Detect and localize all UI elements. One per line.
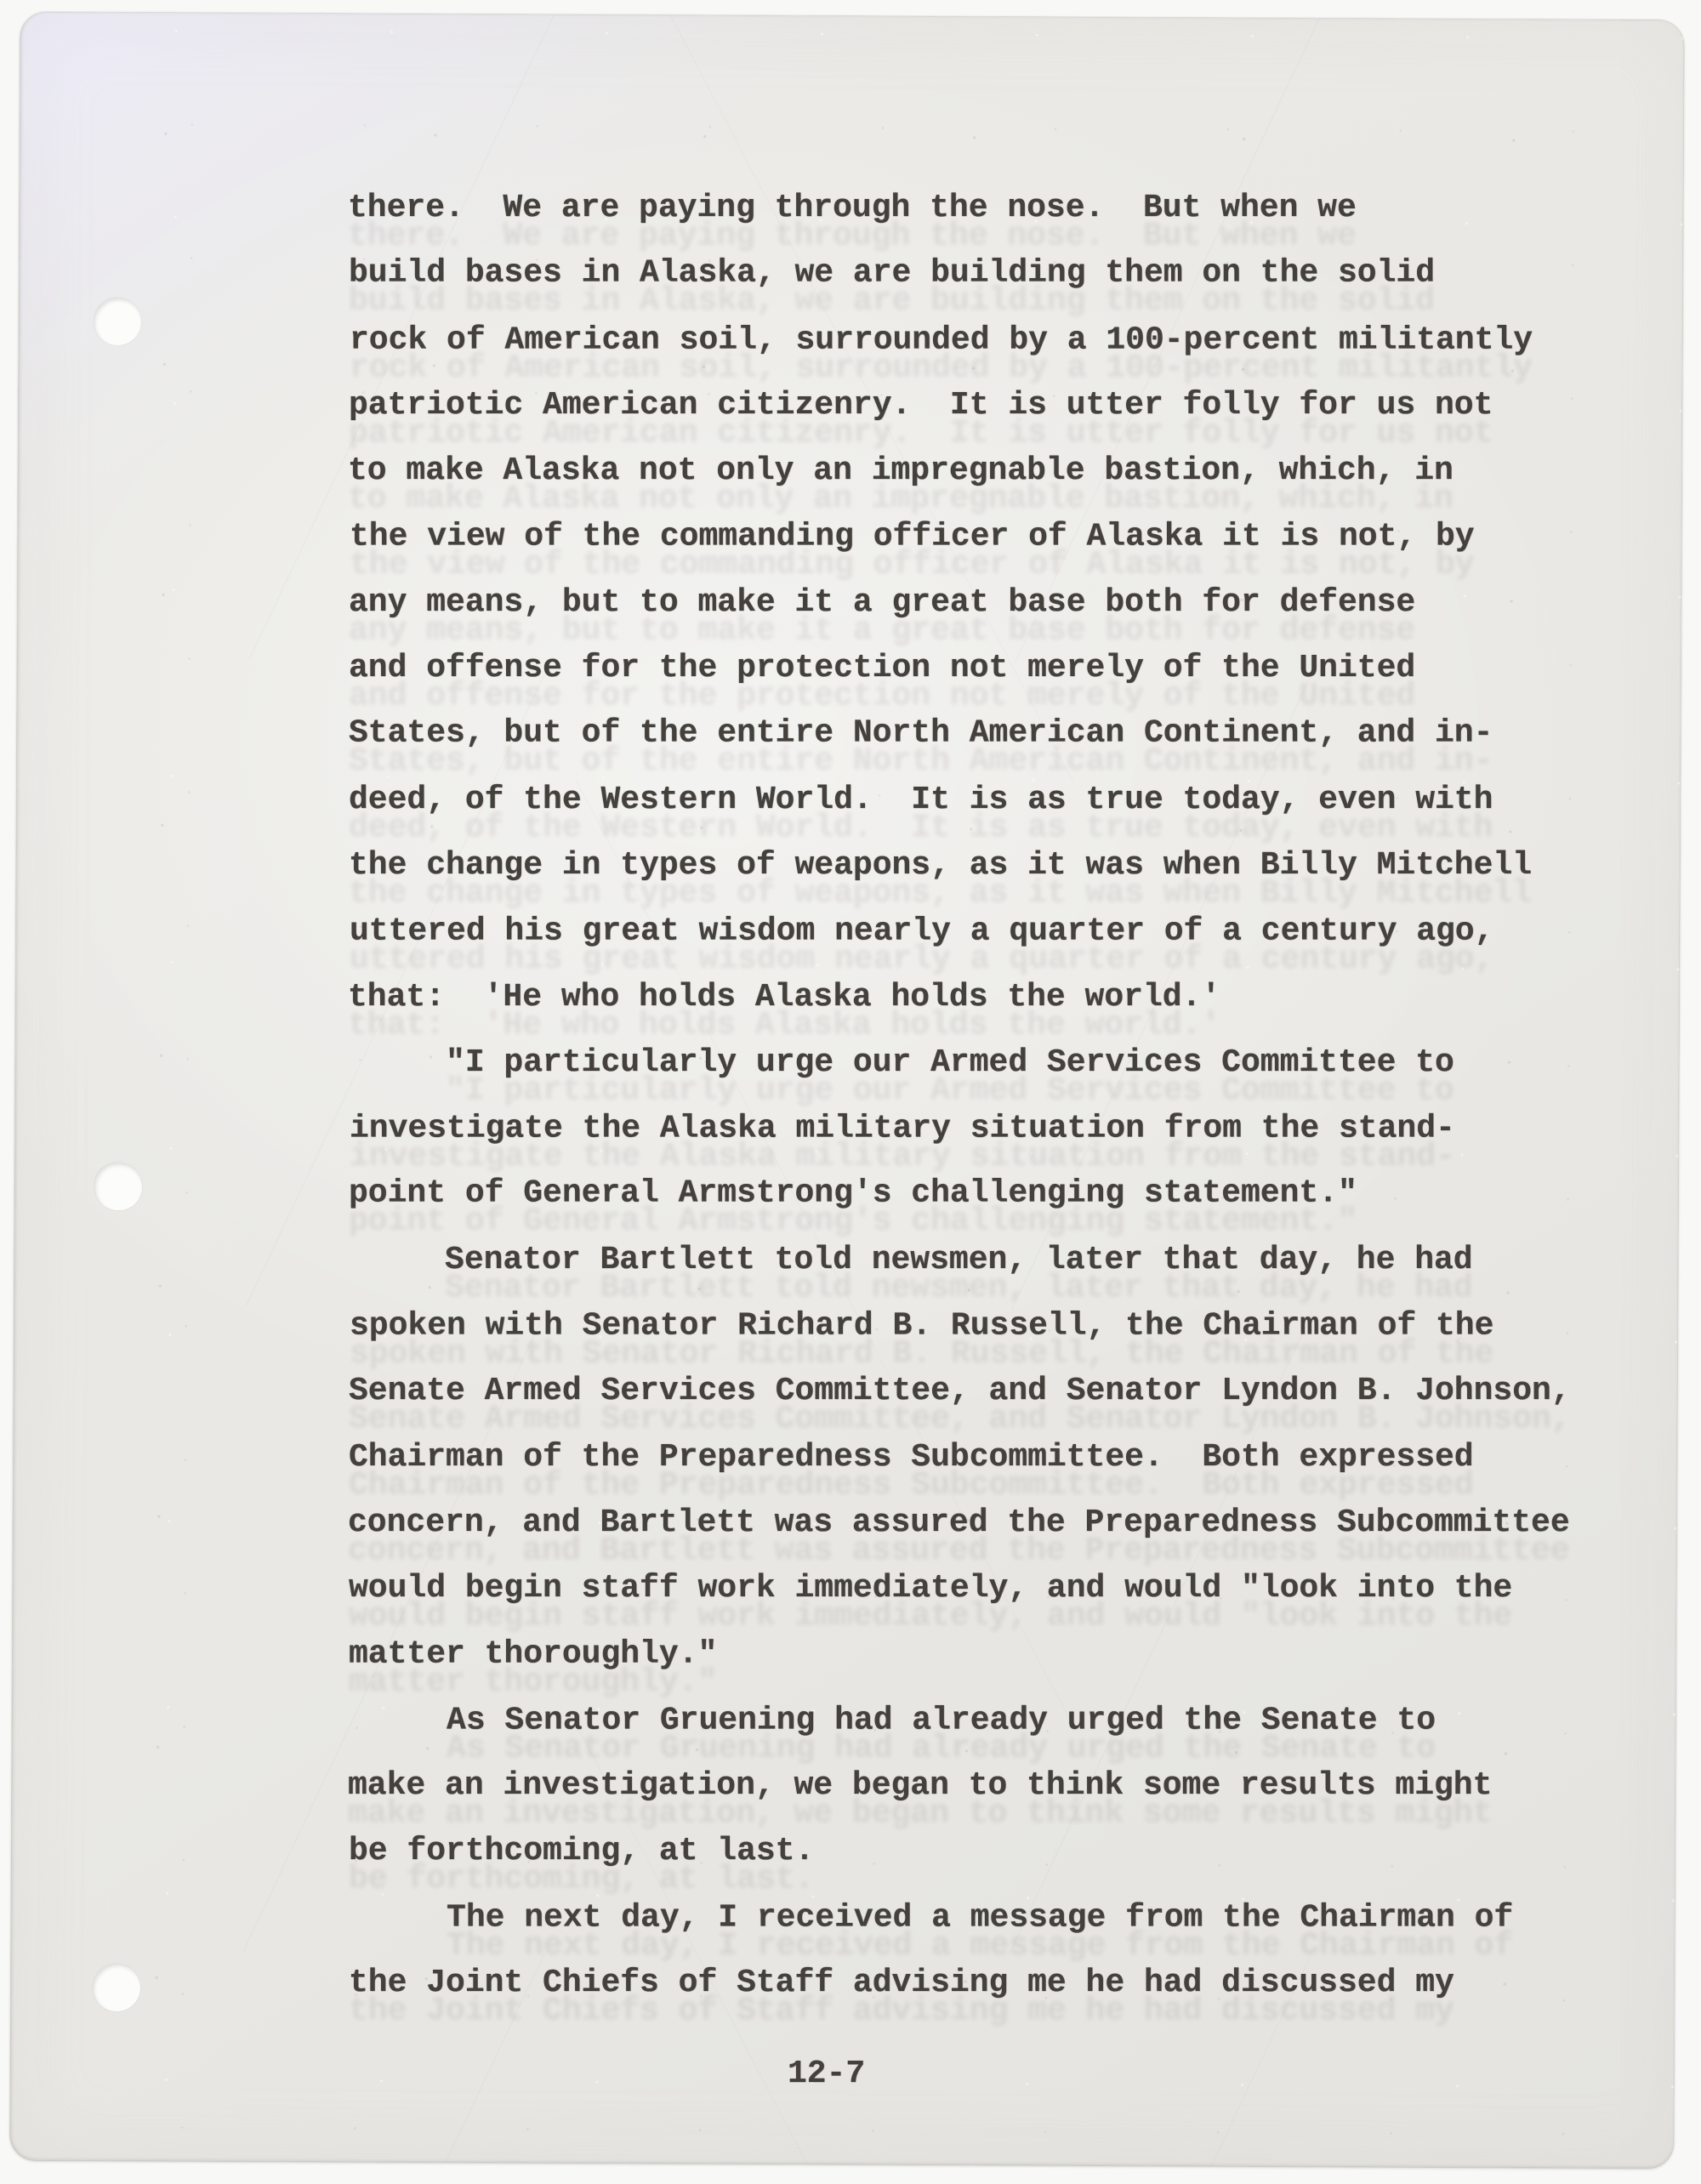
typewritten-line: there. We are paying through the nose. B… — [348, 175, 1624, 241]
typewritten-line: matter thoroughly." — [349, 1621, 1624, 1686]
typewritten-line: Chairman of the Preparedness Subcommitte… — [349, 1425, 1624, 1490]
typewritten-line: rock of American soil, surrounded by a 1… — [350, 307, 1625, 373]
typewritten-line: Senate Armed Services Committee, and Sen… — [349, 1358, 1624, 1424]
typewritten-line: be forthcoming, at last. — [349, 1818, 1624, 1884]
typewritten-line: The next day, I received a message from … — [350, 1885, 1625, 1950]
typewritten-line: States, but of the entire North American… — [349, 701, 1624, 766]
typewritten-line: As Senator Gruening had already urged th… — [350, 1687, 1625, 1753]
punch-hole-middle — [94, 1163, 142, 1210]
typewritten-line: that: 'He who holds Alaska holds the wor… — [348, 964, 1624, 1030]
typewritten-line: make an investigation, we began to think… — [348, 1753, 1624, 1818]
typewritten-line: the change in types of weapons, as it wa… — [349, 833, 1624, 898]
typewritten-line: the Joint Chiefs of Staff advising me he… — [349, 1950, 1624, 2016]
typewritten-line: build bases in Alaska, we are building t… — [349, 241, 1624, 306]
typewritten-line: deed, of the Western World. It is as tru… — [349, 767, 1624, 833]
punch-hole-top — [94, 298, 141, 345]
typewritten-line: investigate the Alaska military situatio… — [350, 1096, 1625, 1162]
typewritten-line: would begin staff work immediately, and … — [349, 1556, 1624, 1621]
typewritten-line: patriotic American citizenry. It is utte… — [349, 373, 1624, 438]
page-number: 12-7 — [788, 2041, 865, 2107]
punch-hole-bottom — [93, 1964, 140, 2011]
typewritten-text: there. We are paying through the nose. B… — [349, 175, 1624, 2016]
typewritten-line: any means, but to make it a great base b… — [349, 570, 1624, 635]
typewritten-line: spoken with Senator Richard B. Russell, … — [350, 1294, 1625, 1359]
typewritten-line: "I particularly urge our Armed Services … — [349, 1030, 1624, 1095]
typewritten-line: the view of the commanding officer of Al… — [350, 504, 1625, 570]
typewritten-line: Senator Bartlett told newsmen, later tha… — [348, 1227, 1624, 1293]
typewritten-line: point of General Armstrong's challenging… — [349, 1161, 1624, 1226]
typewritten-line: and offense for the protection not merel… — [349, 635, 1624, 701]
typewritten-line: concern, and Bartlett was assured the Pr… — [348, 1490, 1624, 1556]
typewritten-line: uttered his great wisdom nearly a quarte… — [350, 899, 1625, 964]
typewritten-line: to make Alaska not only an impregnable b… — [348, 438, 1624, 503]
